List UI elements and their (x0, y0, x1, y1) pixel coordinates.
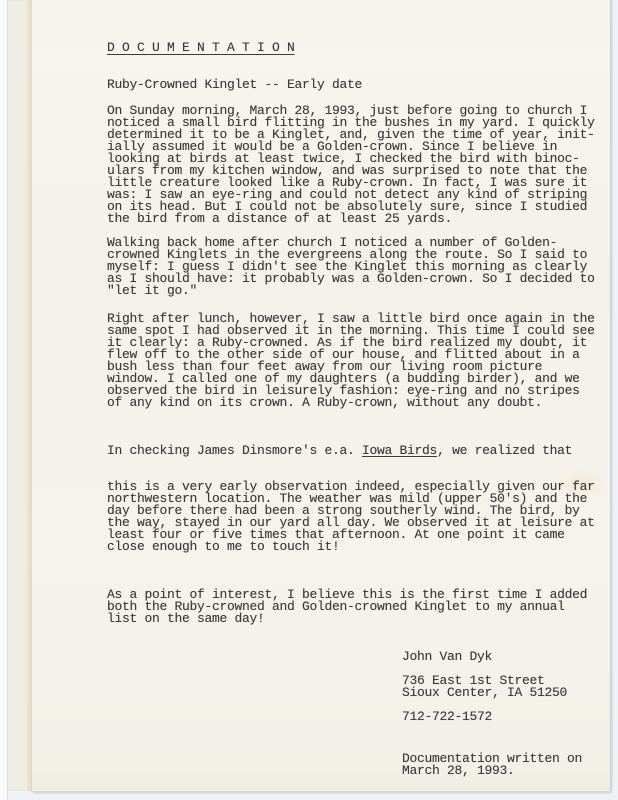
paragraph-4-rest: this is a very early observation indeed,… (107, 481, 617, 553)
scanner-bed-strip (0, 0, 8, 800)
under-sheet-edge (8, 0, 31, 791)
document-subtitle: Ruby-Crowned Kinglet -- Early date (107, 79, 617, 91)
book-title-iowa-birds: Iowa Birds (362, 443, 437, 458)
paragraph-4-text-before-book: In checking James Dinsmore's e.a. (107, 443, 362, 458)
signature-note-line2: March 28, 1993. (402, 765, 617, 777)
typed-text-column: D O C U M E N T A T I O N Ruby-Crowned K… (107, 42, 617, 777)
document-page: D O C U M E N T A T I O N Ruby-Crowned K… (31, 0, 610, 792)
paragraph-3: Right after lunch, however, I saw a litt… (107, 313, 617, 409)
paragraph-4-first-line: In checking James Dinsmore's e.a. Iowa B… (107, 445, 617, 457)
signature-phone: 712-722-1572 (402, 711, 617, 723)
signature-block: John Van Dyk 736 East 1st Street Sioux C… (402, 651, 617, 777)
scanned-document: D O C U M E N T A T I O N Ruby-Crowned K… (0, 0, 618, 800)
paragraph-4: In checking James Dinsmore's e.a. Iowa B… (107, 421, 617, 577)
signature-name: John Van Dyk (402, 651, 617, 663)
signature-city: Sioux Center, IA 51250 (402, 687, 617, 699)
paragraph-4-text-after-book: , we realized that (437, 443, 572, 458)
paragraph-5: As a point of interest, I believe this i… (107, 589, 617, 625)
document-title: D O C U M E N T A T I O N (107, 42, 617, 54)
paragraph-1: On Sunday morning, March 28, 1993, just … (107, 105, 617, 225)
paragraph-2: Walking back home after church I noticed… (107, 237, 617, 297)
